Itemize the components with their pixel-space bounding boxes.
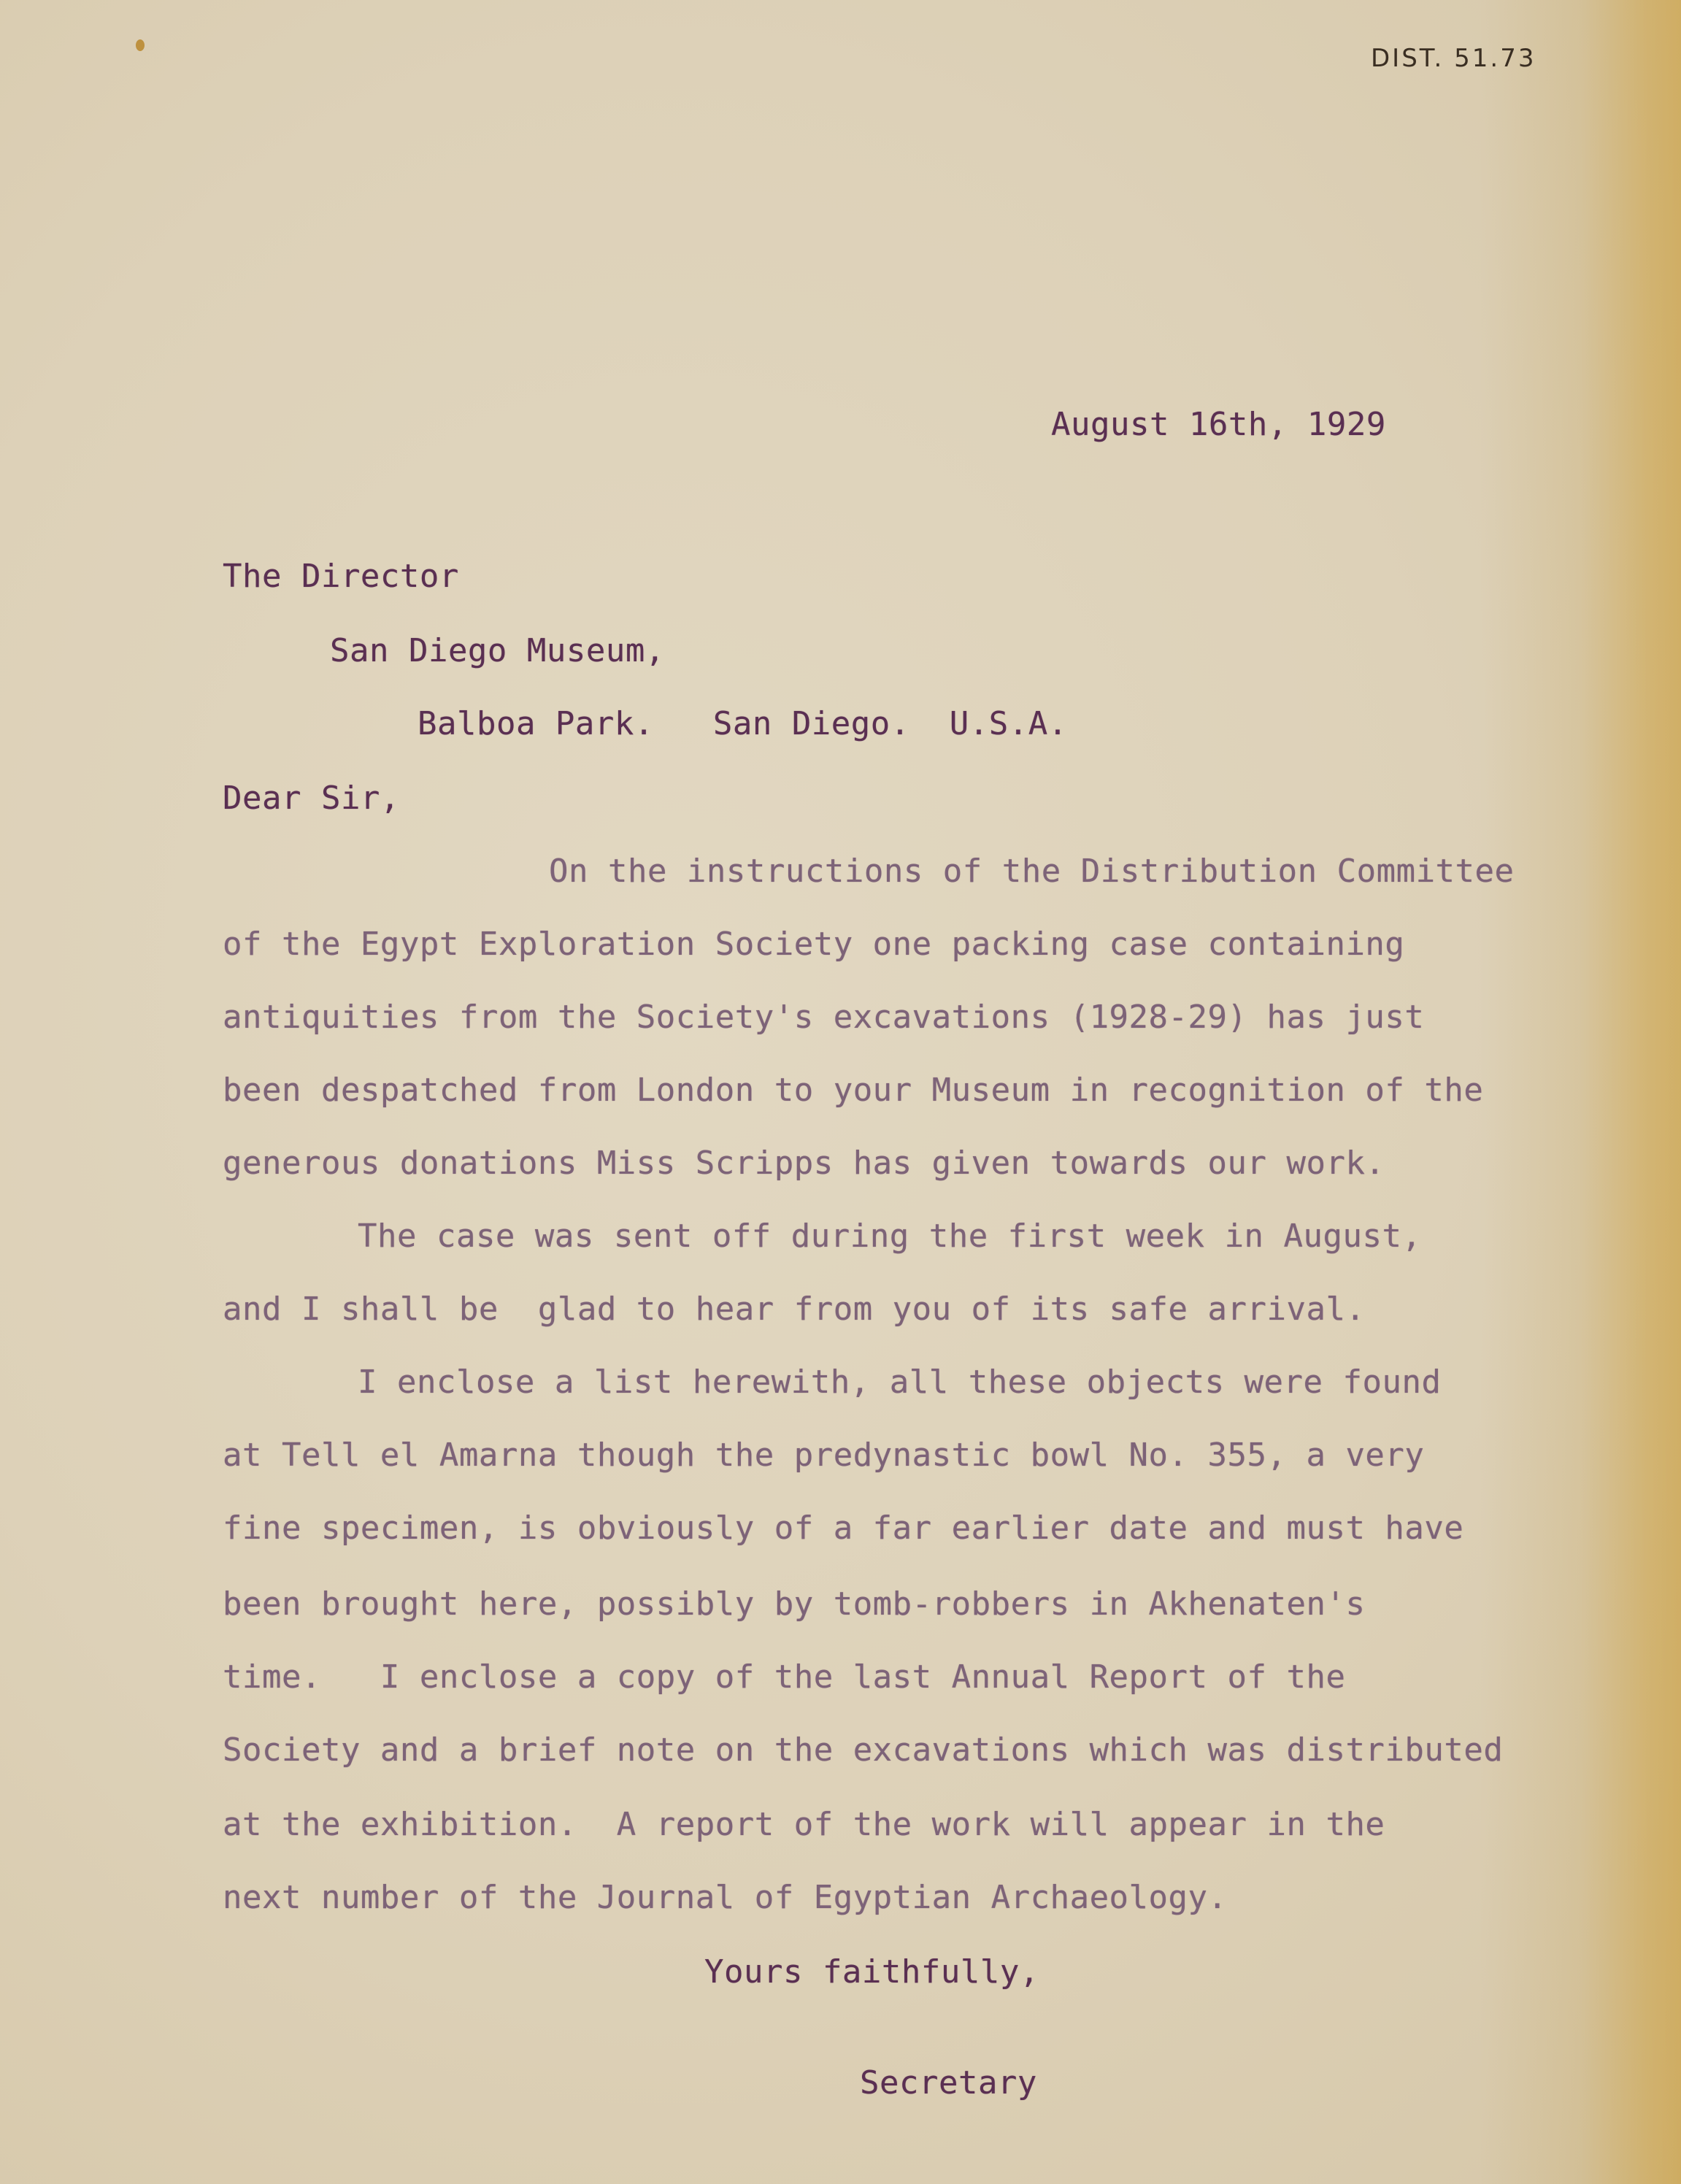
- body-line-1: On the instructions of the Distribution …: [549, 855, 1515, 888]
- body-line-5: generous donations Miss Scripps has give…: [223, 1147, 1385, 1180]
- body-line-14: at the exhibition. A report of the work …: [223, 1809, 1385, 1841]
- archive-reference: DIST. 51.73: [1371, 44, 1536, 73]
- letter-date: August 16th, 1929: [1051, 409, 1386, 441]
- body-line-3: antiquities from the Society's excavatio…: [223, 1001, 1424, 1034]
- recipient-line-1: The Director: [223, 561, 459, 593]
- signature-title: Secretary: [860, 2067, 1037, 2099]
- body-line-12: time. I enclose a copy of the last Annua…: [223, 1661, 1345, 1693]
- body-line-10: fine specimen, is obviously of a far ear…: [223, 1512, 1463, 1545]
- recipient-line-2: San Diego Museum,: [330, 635, 665, 667]
- body-line-6: The case was sent off during the first w…: [358, 1220, 1421, 1253]
- body-line-13: Society and a brief note on the excavati…: [223, 1734, 1503, 1766]
- recipient-line-3: Balboa Park. San Diego. U.S.A.: [418, 708, 1068, 740]
- body-line-4: been despatched from London to your Muse…: [223, 1074, 1483, 1107]
- paper-stain: [136, 39, 145, 51]
- salutation: Dear Sir,: [223, 783, 400, 815]
- body-line-11: been brought here, possibly by tomb-robb…: [223, 1588, 1365, 1620]
- closing: Yours faithfully,: [704, 1956, 1039, 1988]
- body-line-9: at Tell el Amarna though the predynastic…: [223, 1439, 1424, 1472]
- body-line-2: of the Egypt Exploration Society one pac…: [223, 928, 1404, 961]
- body-line-15: next number of the Journal of Egyptian A…: [223, 1882, 1228, 1914]
- body-line-8: I enclose a list herewith, all these obj…: [358, 1366, 1441, 1399]
- body-line-7: and I shall be glad to hear from you of …: [223, 1293, 1365, 1326]
